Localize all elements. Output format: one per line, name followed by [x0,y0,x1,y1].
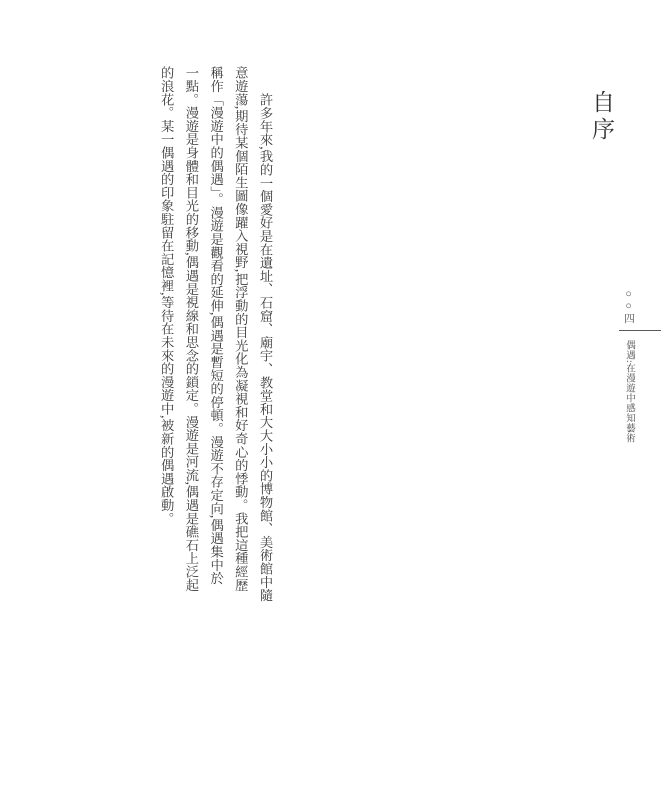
body-line: 一點。漫遊是身體和目光的移動,偶遇是視線和思念的鎖定。漫遊是河流,偶遇是礁石上泛… [178,66,203,686]
body-paragraph: 許多年來,我的一個愛好是在遺址、石窟、廟宇、教堂和大大小小的博物館、美術館中隨 … [153,66,277,686]
body-line: 意遊蕩,期待某個陌生圖像躍入視野,把浮動的目光化為凝視和好奇心的悸動。我把這種經… [228,66,253,686]
book-page: 自序 許多年來,我的一個愛好是在遺址、石窟、廟宇、教堂和大大小小的博物館、美術館… [0,0,661,800]
chapter-title: 自序 [585,90,618,144]
running-head-book-title: 偶遇:在漫遊中感知藝術 [622,340,636,443]
page-number: ○○四 [621,289,636,325]
folio-divider-line [619,330,661,331]
body-line: 許多年來,我的一個愛好是在遺址、石窟、廟宇、教堂和大大小小的博物館、美術館中隨 [252,66,277,686]
body-line: 稱作「漫遊中的偶遇」。漫遊是觀看的延伸,偶遇是暫短的停頓。漫遊不存定向,偶遇集中… [203,66,228,686]
body-line: 的浪花。某一偶遇的印象駐留在記憶裡,等待在未來的漫遊中,被新的偶遇啟動。 [153,66,178,686]
